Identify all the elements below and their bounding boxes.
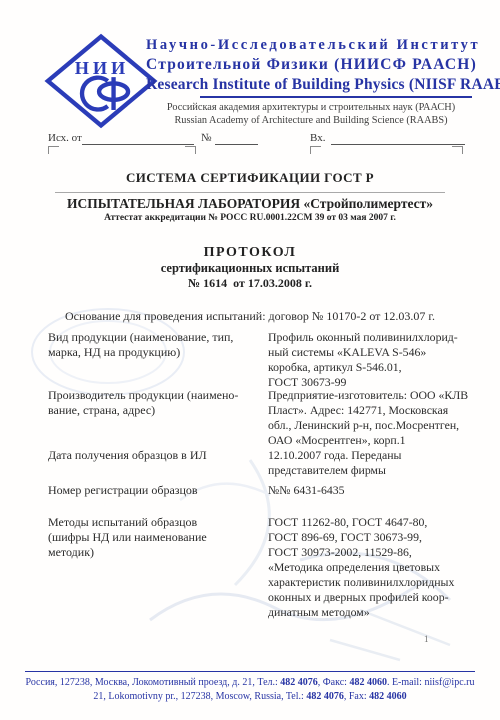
detail-value: 12.10.2007 года. Переданы представителем… [268, 448, 488, 478]
corner-mark [48, 146, 59, 154]
detail-label: Методы испытаний образцов (шифры НД или … [48, 515, 260, 560]
detail-label: Номер регистрации образцов [48, 483, 260, 498]
test-basis-line: Основание для проведения испытаний: дого… [0, 309, 500, 324]
protocol-title: ПРОТОКОЛ [0, 245, 500, 261]
detail-value: №№ 6431-6435 [268, 483, 488, 498]
footer-ru-address: Россия, 127238, Москва, Локомотивный про… [26, 677, 281, 688]
footer-en-address: 21, Lokomotivny pr., 127238, Moscow, Rus… [93, 691, 306, 702]
footer-line-en: 21, Lokomotivny pr., 127238, Moscow, Rus… [10, 690, 490, 704]
protocol-number-date: № 1614 от 17.03.2008 г. [0, 276, 500, 291]
corner-mark [452, 146, 463, 154]
footer-rule [25, 671, 475, 672]
footer-en-phone: 482 4076 [306, 691, 344, 702]
academy-lines: Российская академия архитектуры и строит… [150, 101, 472, 127]
corner-mark [310, 146, 321, 154]
protocol-document-page: НИИ Научно-Исследовательский Институт Ст… [0, 0, 500, 720]
detail-value: Профиль оконный поливинилхлорид- ный сис… [268, 330, 488, 390]
accreditation-line: Аттестат аккредитации № РОСС RU.0001.22С… [0, 213, 500, 223]
detail-label: Вид продукции (наименование, тип, марка,… [48, 330, 260, 360]
footer-contacts: Россия, 127238, Москва, Локомотивный про… [10, 676, 490, 703]
institute-name-ru-line2: Строительной Физики (НИИСФ РААСН) [146, 55, 474, 75]
detail-label: Дата получения образцов в ИЛ [48, 448, 260, 463]
institute-name-en: Research Institute of Building Physics (… [146, 75, 474, 95]
detail-value: ГОСТ 11262-80, ГОСТ 4647-80, ГОСТ 896-69… [268, 515, 488, 620]
footer-ru-phone: 482 4076 [280, 677, 318, 688]
logo-diamond-shape [48, 37, 154, 126]
academy-name-en: Russian Academy of Architecture and Buil… [150, 114, 472, 127]
institute-name-ru-line1: Научно-Исследовательский Институт [146, 36, 474, 55]
outgoing-date-blank [82, 132, 194, 145]
protocol-subtitle: сертификационных испытаний [0, 261, 500, 276]
testing-laboratory-title: ИСПЫТАТЕЛЬНАЯ ЛАБОРАТОРИЯ «Стройполимерт… [0, 196, 500, 212]
page-number: 1 [424, 634, 429, 644]
certification-system-title: СИСТЕМА СЕРТИФИКАЦИИ ГОСТ Р [0, 170, 500, 186]
footer-ru-fax: 482 4060 [349, 677, 387, 688]
outgoing-number-blank [215, 132, 258, 145]
outgoing-label: Исх. от [48, 132, 82, 144]
title-divider [55, 192, 445, 193]
incoming-blank [331, 132, 465, 145]
logo-nii-text: НИИ [75, 58, 129, 78]
footer-en-fax-label: , Fax: [344, 691, 369, 702]
footer-line-ru: Россия, 127238, Москва, Локомотивный про… [10, 676, 490, 690]
header-rule [200, 96, 472, 98]
detail-label: Производитель продукции (наимено- вание,… [48, 388, 260, 418]
niisf-logo: НИИ [44, 32, 158, 130]
detail-value: Предприятие-изготовитель: ООО «КЛВ Пласт… [268, 388, 488, 448]
corner-mark [185, 146, 196, 154]
footer-ru-email: . E-mail: niisf@ipc.ru [387, 677, 475, 688]
institute-header: Научно-Исследовательский Институт Строит… [146, 36, 474, 95]
footer-en-fax: 482 4060 [369, 691, 407, 702]
academy-name-ru: Российская академия архитектуры и строит… [150, 101, 472, 114]
outgoing-number-label: № [201, 132, 212, 144]
footer-ru-fax-label: , Факс: [318, 677, 350, 688]
incoming-label: Вх. [310, 132, 325, 144]
